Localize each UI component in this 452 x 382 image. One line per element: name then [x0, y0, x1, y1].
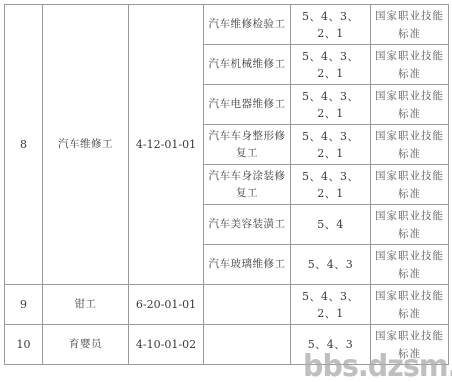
- skill-levels: 5、4、3、2、1: [291, 5, 371, 45]
- skill-levels: 5、4、3、2、1: [291, 125, 371, 165]
- table-row: 9 钳工 6-20-01-01 5、4、3、2、1 国家职业技能标准: [5, 285, 449, 325]
- occupation-name: 育婴员: [43, 325, 129, 365]
- skill-levels: 5、4、3: [291, 245, 371, 285]
- occupation-name: 汽车维修工: [43, 5, 129, 285]
- standard: 国家职业技能标准: [371, 245, 449, 285]
- standard: 国家职业技能标准: [371, 5, 449, 45]
- skill-levels: 5、4、3、2、1: [291, 45, 371, 85]
- standard: 国家职业技能标准: [371, 205, 449, 245]
- sub-occupation: 汽车车身涂装修复工: [204, 165, 291, 205]
- occupation-code: 4-12-01-01: [129, 5, 204, 285]
- occupation-standards-table: 8 汽车维修工 4-12-01-01 汽车维修检验工 5、4、3、2、1 国家职…: [4, 4, 449, 365]
- occupation-code: 6-20-01-01: [129, 285, 204, 325]
- skill-levels: 5、4: [291, 205, 371, 245]
- skill-levels: 5、4、3、2、1: [291, 285, 371, 325]
- sub-occupation: 汽车车身整形修复工: [204, 125, 291, 165]
- standard: 国家职业技能标准: [371, 165, 449, 205]
- sub-occupation: 汽车电器维修工: [204, 85, 291, 125]
- sub-occupation: 汽车机械维修工: [204, 45, 291, 85]
- row-number: 10: [5, 325, 43, 365]
- standard: 国家职业技能标准: [371, 85, 449, 125]
- occupation-name: 钳工: [43, 285, 129, 325]
- row-number: 8: [5, 5, 43, 285]
- standard: 国家职业技能标准: [371, 45, 449, 85]
- standard: 国家职业技能标准: [371, 125, 449, 165]
- occupation-code: 4-10-01-02: [129, 325, 204, 365]
- sub-occupation: 汽车玻璃维修工: [204, 245, 291, 285]
- table-row: 8 汽车维修工 4-12-01-01 汽车维修检验工 5、4、3、2、1 国家职…: [5, 5, 449, 45]
- row-number: 9: [5, 285, 43, 325]
- sub-occupation: 汽车美容装潢工: [204, 205, 291, 245]
- standard: 国家职业技能标准: [371, 285, 449, 325]
- skill-levels: 5、4、3、2、1: [291, 165, 371, 205]
- sub-occupation: 汽车维修检验工: [204, 5, 291, 45]
- sub-occupation: [204, 285, 291, 325]
- watermark: bbs.dzsm.com: [303, 352, 452, 382]
- sub-occupation: [204, 325, 291, 365]
- skill-levels: 5、4、3、2、1: [291, 85, 371, 125]
